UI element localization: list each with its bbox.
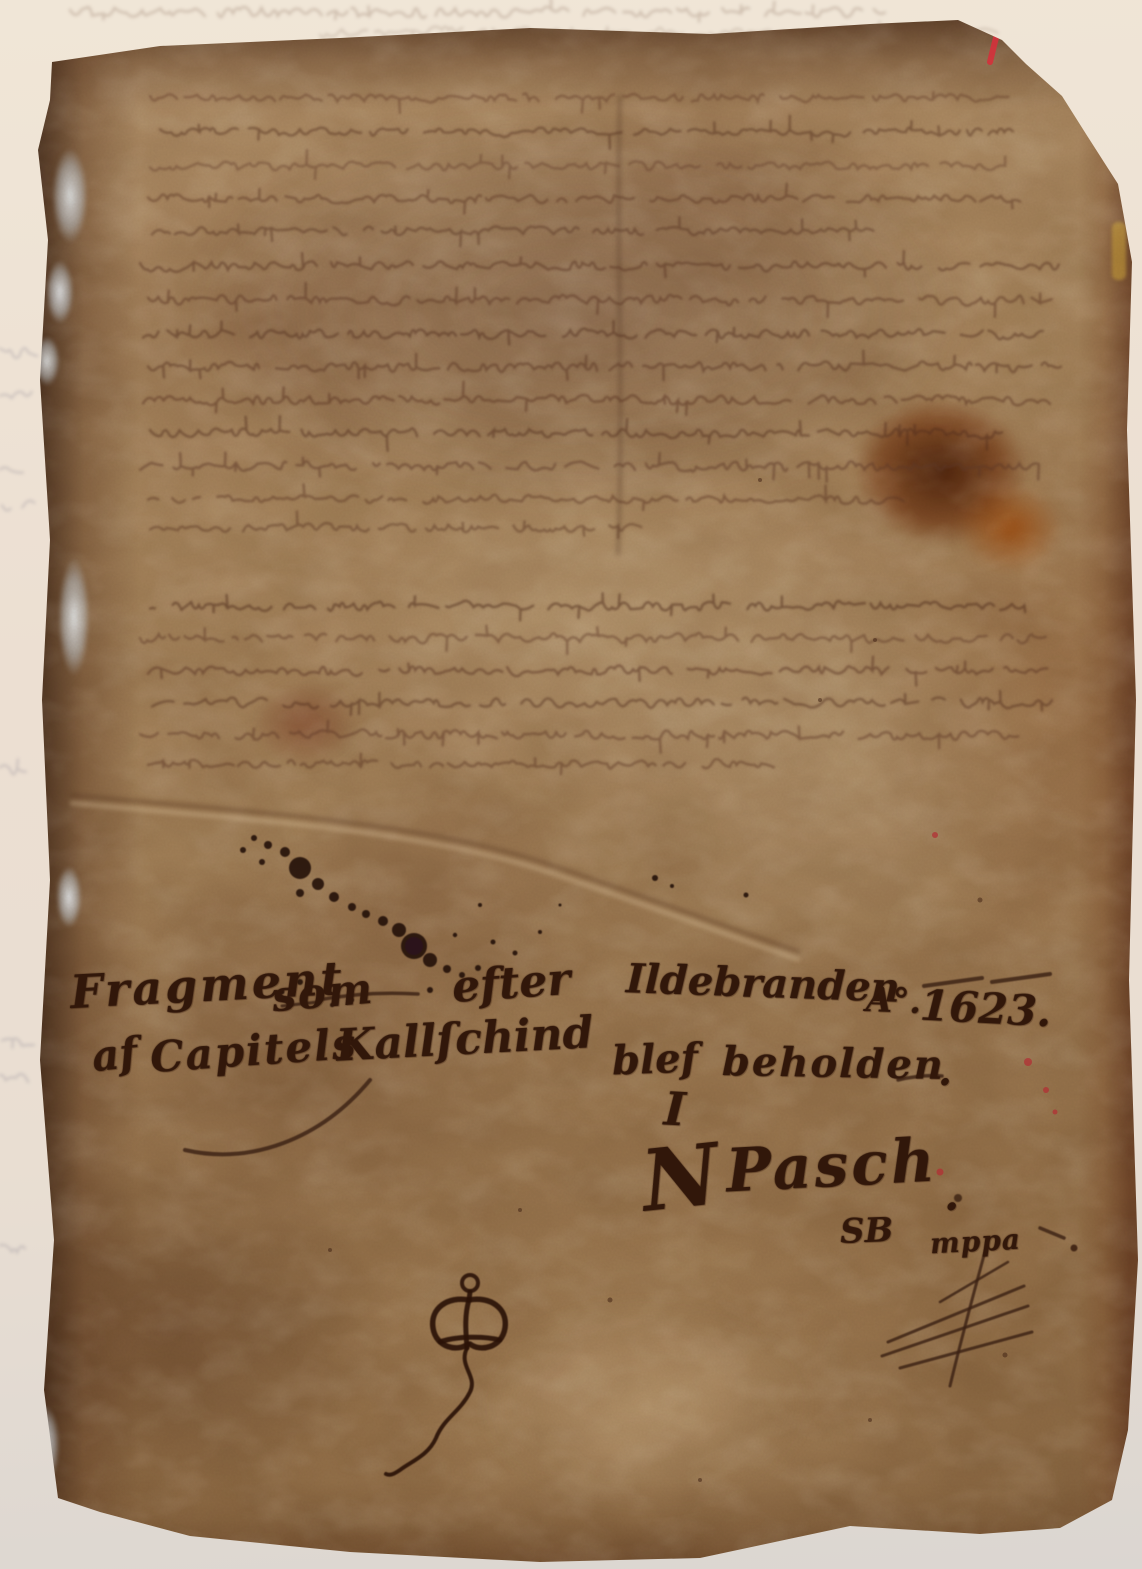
- signature-monogram: N: [638, 1132, 723, 1224]
- insert-mark-i: I: [663, 1085, 687, 1132]
- annotation-word-kallschind: Kallſchind: [335, 1011, 594, 1068]
- annotation-period-1: .: [938, 1052, 952, 1092]
- signature-manu-propria: mppa: [929, 1226, 1021, 1259]
- parchment-grain-texture: [0, 0, 1142, 1569]
- signature-initials-sb: SB: [839, 1213, 893, 1249]
- annotation-year-1623: 1623.: [919, 985, 1053, 1034]
- signature-name: Pasch: [725, 1131, 939, 1202]
- annotation-word-beholden: beholden: [722, 1042, 946, 1086]
- annotation-word-efter: efter: [451, 958, 572, 1010]
- annotation-word-ildebranden: Ildebranden: [625, 959, 900, 1009]
- parchment-marks: [0, 0, 1142, 1569]
- manuscript-photo: Fragment som efter Ildebranden A°. 1623.…: [0, 0, 1142, 1569]
- parchment-leaf: Fragment som efter Ildebranden A°. 1623.…: [0, 0, 1142, 1569]
- signature-period: .: [944, 1174, 959, 1218]
- annotation-word-blef: blef: [611, 1039, 698, 1082]
- annotation-word-anno: A°.: [865, 983, 921, 1019]
- annotation-word-af: af: [90, 1032, 139, 1079]
- annotation-word-som: som: [270, 968, 375, 1019]
